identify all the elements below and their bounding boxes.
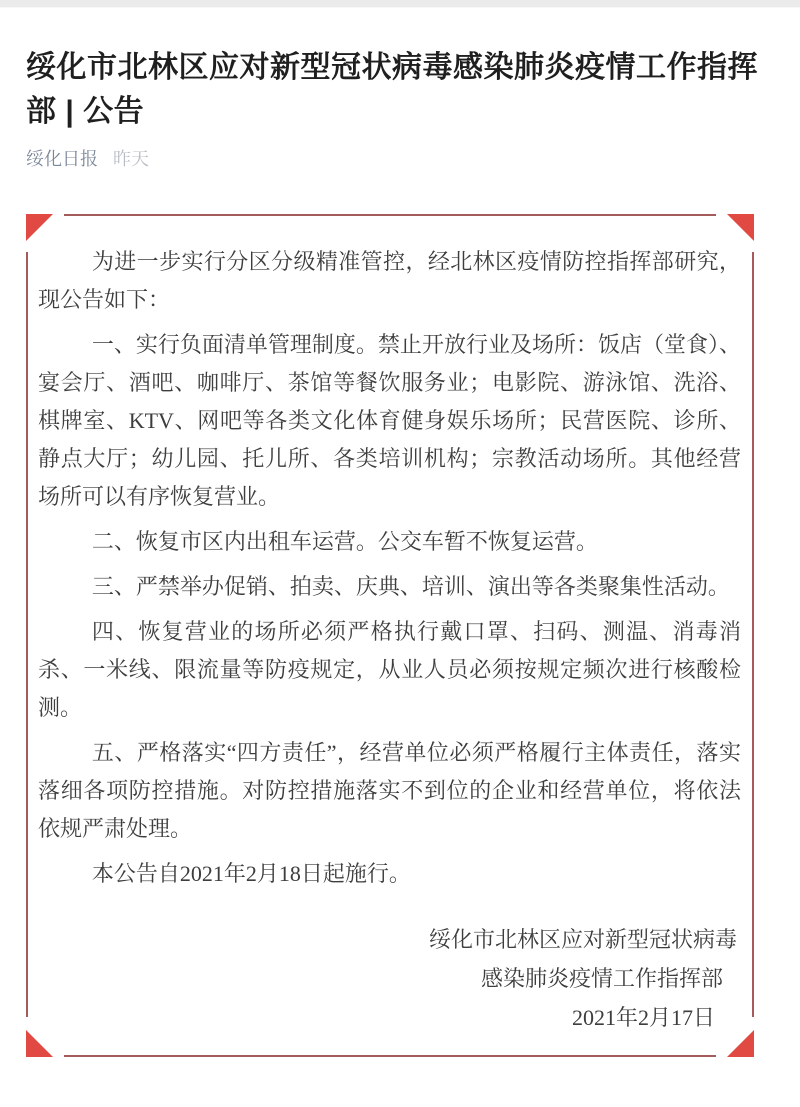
article-header: 绥化市北林区应对新型冠状病毒感染肺炎疫情工作指挥部 | 公告 绥化日报昨天 xyxy=(0,8,800,172)
signature-org-line-2: 感染肺炎疫情工作指挥部 xyxy=(38,959,723,998)
corner-triangle-top-left-icon xyxy=(26,214,53,241)
signature-date: 2021年2月17日 xyxy=(38,998,715,1037)
byline: 绥化日报昨天 xyxy=(26,147,772,172)
signature-org-line-1: 绥化市北林区应对新型冠状病毒 xyxy=(38,920,737,959)
notice-paragraph-item-5: 五、严格落实“四方责任”，经营单位必须严格履行主体责任，落实落细各项防控措施。对… xyxy=(38,734,741,848)
notice-frame: 为进一步实行分区分级精准管控，经北林区疫情防控指挥部研究，现公告如下： 一、实行… xyxy=(26,214,754,1057)
frame-line-bottom xyxy=(64,1055,716,1057)
notice-paragraph-item-2: 二、恢复市区内出租车运营。公交车暂不恢复运营。 xyxy=(38,523,741,561)
notice-paragraph-effective-date: 本公告自2021年2月18日起施行。 xyxy=(38,855,741,893)
notice-paragraph-item-4: 四、恢复营业的场所必须严格执行戴口罩、扫码、测温、消毒消杀、一米线、限流量等防疫… xyxy=(38,613,741,727)
notice-paragraph-intro: 为进一步实行分区分级精准管控，经北林区疫情防控指挥部研究，现公告如下： xyxy=(38,243,741,319)
frame-line-right xyxy=(752,252,754,1017)
signature-block: 绥化市北林区应对新型冠状病毒 感染肺炎疫情工作指挥部 2021年2月17日 xyxy=(38,920,741,1037)
corner-triangle-bottom-right-icon xyxy=(727,1030,754,1057)
corner-triangle-top-right-icon xyxy=(727,214,754,241)
corner-triangle-bottom-left-icon xyxy=(26,1030,53,1057)
notice-body: 为进一步实行分区分级精准管控，经北林区疫情防控指挥部研究，现公告如下： 一、实行… xyxy=(38,243,741,1037)
top-divider-bar xyxy=(0,0,800,8)
frame-line-left xyxy=(26,252,28,1017)
notice-paragraph-item-3: 三、严禁举办促销、拍卖、庆典、培训、演出等各类聚集性活动。 xyxy=(38,568,741,606)
page-title: 绥化市北林区应对新型冠状病毒感染肺炎疫情工作指挥部 | 公告 xyxy=(26,46,772,134)
source-account-link[interactable]: 绥化日报 xyxy=(26,149,98,169)
publish-time: 昨天 xyxy=(113,149,149,169)
notice-paragraph-item-1: 一、实行负面清单管理制度。禁止开放行业及场所：饭店（堂食）、宴会厅、酒吧、咖啡厅… xyxy=(38,326,741,516)
frame-line-top xyxy=(64,214,716,216)
